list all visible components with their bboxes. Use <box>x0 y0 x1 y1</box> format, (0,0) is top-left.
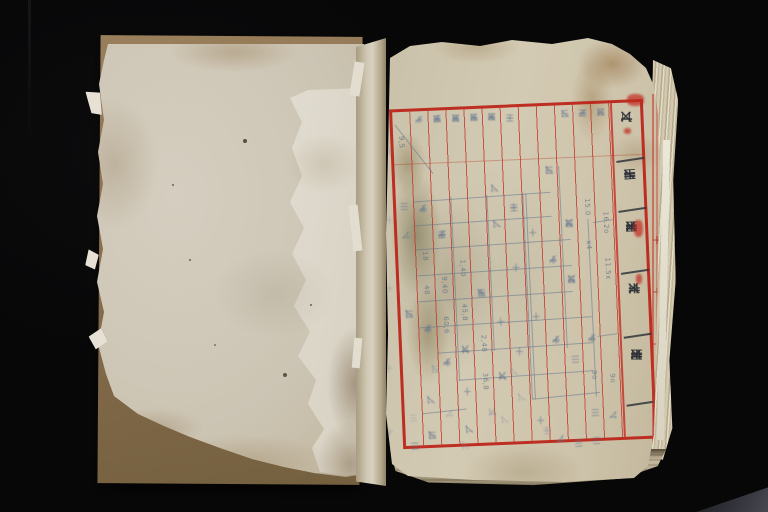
handwritten-glyph <box>545 166 552 174</box>
pencil-line <box>414 192 551 203</box>
handwritten-glyph <box>543 426 550 434</box>
pencil-number: 18 <box>421 251 429 261</box>
handwritten-glyph <box>631 350 642 360</box>
handwritten-glyph <box>386 148 393 156</box>
handwritten-glyph <box>465 425 473 434</box>
handwritten-glyph <box>438 230 445 238</box>
pencil-line <box>532 392 600 400</box>
handwritten-glyph <box>537 416 544 424</box>
handwritten-glyph <box>411 441 419 449</box>
pencil-number: 1,40 <box>458 259 467 277</box>
page-gutter <box>356 38 386 486</box>
handwritten-glyph <box>501 415 509 424</box>
handwritten-glyph <box>571 355 579 363</box>
handwritten-glyph <box>549 255 556 263</box>
handwritten-glyph <box>506 114 513 121</box>
grid-content: 9,518489,4060,61,4045,82,4836,815.0x49o1… <box>392 102 654 446</box>
torn-paper-flake <box>85 249 100 270</box>
pencil-number: 48 <box>422 285 430 295</box>
handwritten-glyph <box>511 368 518 376</box>
handwritten-glyph <box>488 113 495 120</box>
pencil-line <box>486 195 495 351</box>
ink-line <box>624 333 652 339</box>
handwritten-glyph <box>401 202 408 210</box>
red-smudge <box>636 274 642 284</box>
handwritten-glyph <box>462 442 469 450</box>
handwritten-glyph <box>628 283 639 293</box>
handwritten-glyph <box>518 393 525 401</box>
pencil-line <box>417 265 572 277</box>
handwritten-glyph <box>470 114 477 121</box>
pencil-line <box>416 239 571 251</box>
ledger-grid: 9,518489,4060,61,4045,82,4836,815.0x49o1… <box>389 99 657 449</box>
handwritten-glyph <box>419 205 427 214</box>
handwritten-glyph <box>432 365 439 373</box>
pencil-line <box>458 370 594 381</box>
pencil-line <box>415 216 552 227</box>
handwritten-glyph <box>386 428 393 436</box>
handwritten-glyph <box>568 275 575 283</box>
handwritten-glyph <box>386 284 393 292</box>
handwritten-glyph <box>510 203 517 211</box>
right-page: 9,518489,4060,61,4045,82,4836,815.0x49o1… <box>384 34 666 486</box>
handwritten-glyph <box>405 310 412 318</box>
handwritten-glyph <box>452 115 459 122</box>
table-corner-wedge <box>696 482 768 512</box>
handwritten-glyph <box>386 364 393 372</box>
ink-line <box>618 207 646 213</box>
handwritten-glyph <box>579 110 586 117</box>
handwritten-glyph <box>575 438 583 446</box>
handwritten-glyph <box>561 110 568 117</box>
handwritten-glyph <box>410 413 418 421</box>
handwritten-glyph <box>624 169 636 180</box>
pencil-number: 9,40 <box>440 276 449 294</box>
photo-scene: 9,518489,4060,61,4045,82,4836,815.0x49o1… <box>0 0 768 512</box>
handwritten-glyph <box>433 115 441 123</box>
pencil-number: 45,8 <box>460 303 469 321</box>
handwritten-glyph <box>429 431 436 439</box>
pencil-line <box>394 124 433 173</box>
pencil-line <box>598 333 618 337</box>
handwritten-glyph <box>610 411 617 419</box>
handwritten-glyph <box>415 116 422 123</box>
red-smudge <box>624 128 631 134</box>
handwritten-glyph <box>566 219 573 227</box>
handwritten-glyph <box>553 336 560 344</box>
handwritten-glyph <box>443 358 450 366</box>
handwritten-glyph <box>478 288 486 296</box>
handwritten-glyph <box>462 345 469 353</box>
pencil-number: 36,8 <box>481 373 490 391</box>
red-smudge <box>627 94 644 106</box>
handwritten-glyph <box>386 462 393 470</box>
handwritten-glyph <box>557 435 565 444</box>
pencil-number: 11.5x <box>603 257 612 280</box>
handwritten-glyph <box>427 396 434 404</box>
ink-line <box>621 269 649 275</box>
pencil-line <box>558 166 568 348</box>
handwritten-glyph <box>597 108 604 115</box>
ink-line <box>616 157 644 163</box>
handwritten-glyph <box>464 387 471 395</box>
pencil-number: 9o <box>608 373 616 383</box>
handwritten-glyph <box>512 263 519 271</box>
foxing-specks <box>94 44 96 46</box>
background-edge-highlight <box>28 0 31 150</box>
handwritten-glyph <box>593 436 600 444</box>
pencil-number: 15.0 <box>583 198 592 216</box>
handwritten-glyph <box>489 408 497 416</box>
handwritten-glyph <box>386 216 393 224</box>
handwritten-glyph <box>621 112 632 122</box>
handwritten-glyph <box>491 184 498 192</box>
handwritten-glyph <box>402 232 410 240</box>
handwritten-glyph <box>529 229 536 237</box>
pencil-number: 16.2o <box>601 211 610 234</box>
red-smudge <box>634 220 643 237</box>
handwritten-glyph <box>592 408 599 416</box>
